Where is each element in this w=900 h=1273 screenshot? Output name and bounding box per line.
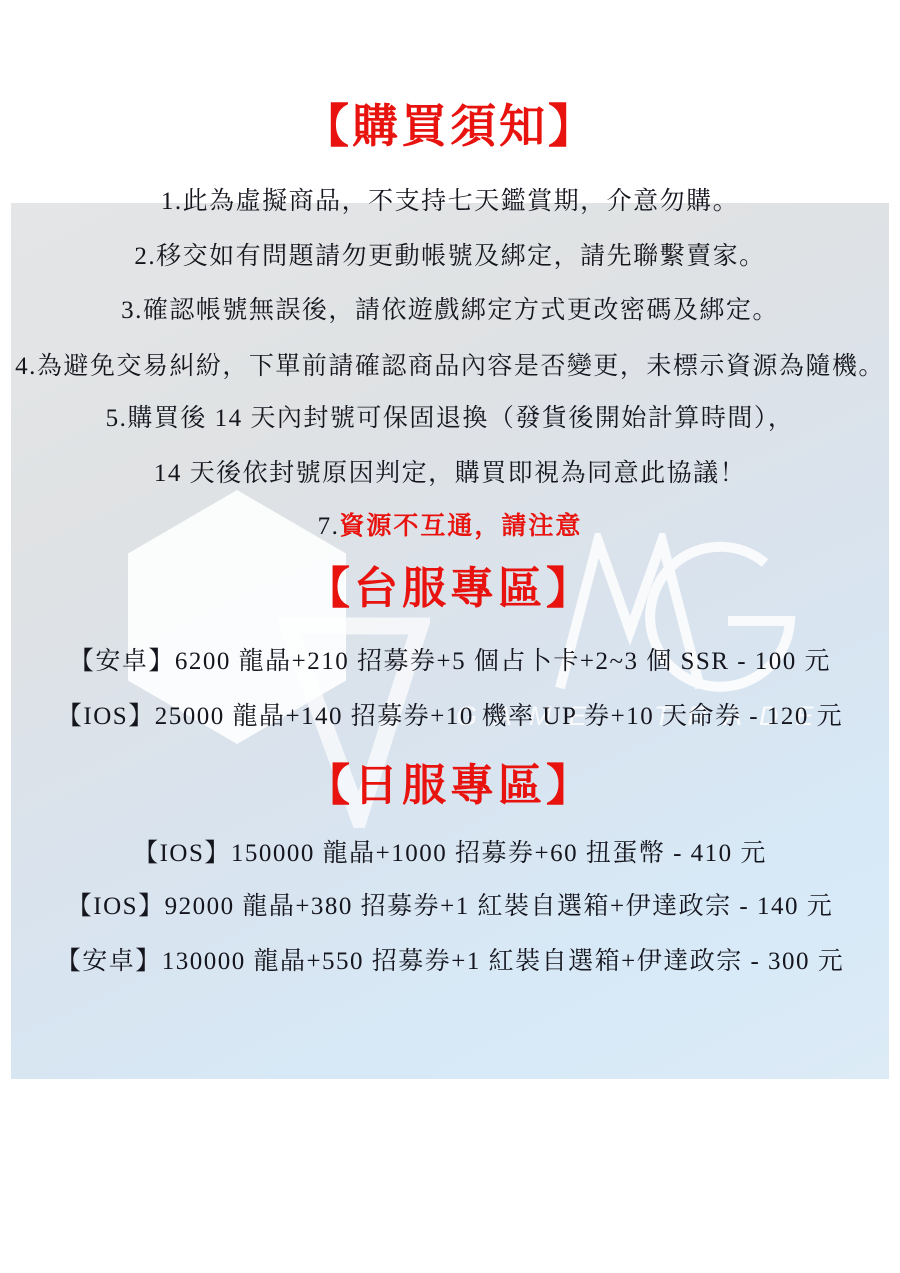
notice-item-4: 4.為避免交易糾紛，下單前請確認商品內容是否變更，未標示資源為隨機。 [0,346,900,382]
product-jp-ios-1: 【IOS】150000 龍晶+1000 招募券+60 扭蛋幣 - 410 元 [0,833,900,869]
section-title-japan-server: 【日服專區】 [0,749,900,813]
product-tw-ios: 【IOS】25000 龍晶+140 招募券+10 機率 UP 券+10 天命券 … [0,696,900,732]
page-title: 【購買須知】 [0,90,900,156]
notice-item-7: 7.資源不互通，請注意 [0,506,900,542]
notice-item-2: 2.移交如有問題請勿更動帳號及綁定，請先聯繫賣家。 [0,236,900,272]
notice-item-5: 5.購買後 14 天內封號可保固退換（發貨後開始計算時間）， [0,398,900,434]
product-jp-ios-2: 【IOS】92000 龍晶+380 招募券+1 紅裝自選箱+伊達政宗 - 140… [0,886,900,922]
notice-item-5-continued: 14 天後依封號原因判定，購買即視為同意此協議！ [0,453,900,489]
product-jp-android: 【安卓】130000 龍晶+550 招募券+1 紅裝自選箱+伊達政宗 - 300… [0,941,900,977]
notice-item-1: 1.此為虛擬商品，不支持七天鑑賞期，介意勿購。 [0,181,900,217]
purchase-notice-poster: GAME TRADE 【購買須知】 1.此為虛擬商品，不支持七天鑑賞期，介意勿購… [0,0,900,1273]
notice-item-7-number: 7. [318,513,340,540]
section-title-taiwan-server: 【台服專區】 [0,552,900,616]
product-tw-android: 【安卓】6200 龍晶+210 招募券+5 個占卜卡+2~3 個 SSR - 1… [0,641,900,677]
notice-item-7-warning: 資源不互通，請注意 [339,513,582,540]
notice-item-3: 3.確認帳號無誤後，請依遊戲綁定方式更改密碼及綁定。 [0,290,900,326]
